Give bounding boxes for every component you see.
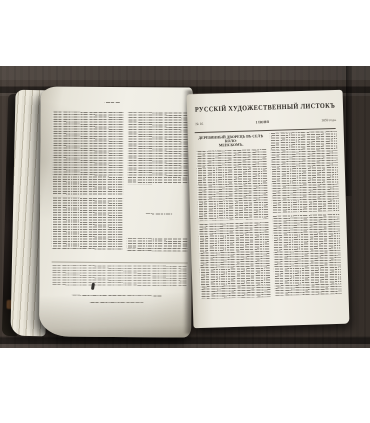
imprint-line <box>89 302 143 304</box>
right-page-col2-text-block <box>272 214 341 296</box>
issue-year: 1859 года. <box>321 118 336 122</box>
left-page-col1-text-block <box>52 198 123 250</box>
right-page-col1-text-block <box>196 149 268 221</box>
page-number-mark <box>105 102 120 104</box>
article-heading-line2: МЕНСКОМЪ. <box>196 142 266 148</box>
left-page-col2-text-block <box>127 112 189 184</box>
left-page-col1-text-block <box>52 112 124 195</box>
masthead: РУССКІЙ ХУДОЖЕСТВЕННЫЙ ЛИСТОКЪ <box>187 102 343 118</box>
masthead-title: РУССКІЙ ХУДОЖЕСТВЕННЫЙ ЛИСТОКЪ <box>195 102 335 114</box>
right-page-col2-text-block <box>270 131 339 213</box>
left-page-col2-text-block <box>127 238 188 251</box>
left-page <box>39 86 193 337</box>
dateline: № 16 1 ІЮНЯ 1859 года. <box>195 118 336 126</box>
right-page-col1-text-block <box>198 222 270 299</box>
right-page: РУССКІЙ ХУДОЖЕСТВЕННЫЙ ЛИСТОКЪ № 16 1 ІЮ… <box>187 90 350 329</box>
signature-line <box>145 213 173 215</box>
photo-open-book: РУССКІЙ ХУДОЖЕСТВЕННЫЙ ЛИСТОКЪ № 16 1 ІЮ… <box>0 66 370 348</box>
wood-plank-joint <box>346 66 352 196</box>
issue-number: № 16 <box>195 122 203 126</box>
ink-smudge <box>91 283 95 290</box>
imprint-line <box>71 295 161 298</box>
footnote-block <box>51 262 187 287</box>
issue-date: 1 ІЮНЯ <box>256 120 269 124</box>
article-heading: ДЕРЕВЯННЫЙ ДВОРЕЦЪ ВЪ СЕЛѢ КОЛО- МЕНСКОМ… <box>196 134 266 148</box>
